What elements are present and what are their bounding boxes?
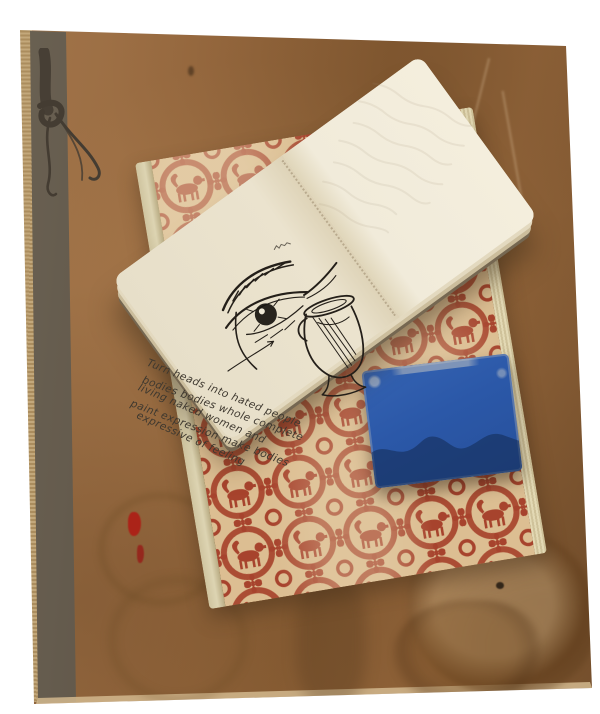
vase-drawing — [279, 283, 389, 409]
ink-speck — [496, 582, 504, 589]
frayed-threads — [0, 540, 40, 710]
water-stain — [392, 600, 542, 710]
photo-scene: Turn heads into hated people bodies bodi… — [0, 0, 600, 714]
spine-tie-knot — [26, 48, 116, 208]
ink-speck — [188, 66, 194, 76]
